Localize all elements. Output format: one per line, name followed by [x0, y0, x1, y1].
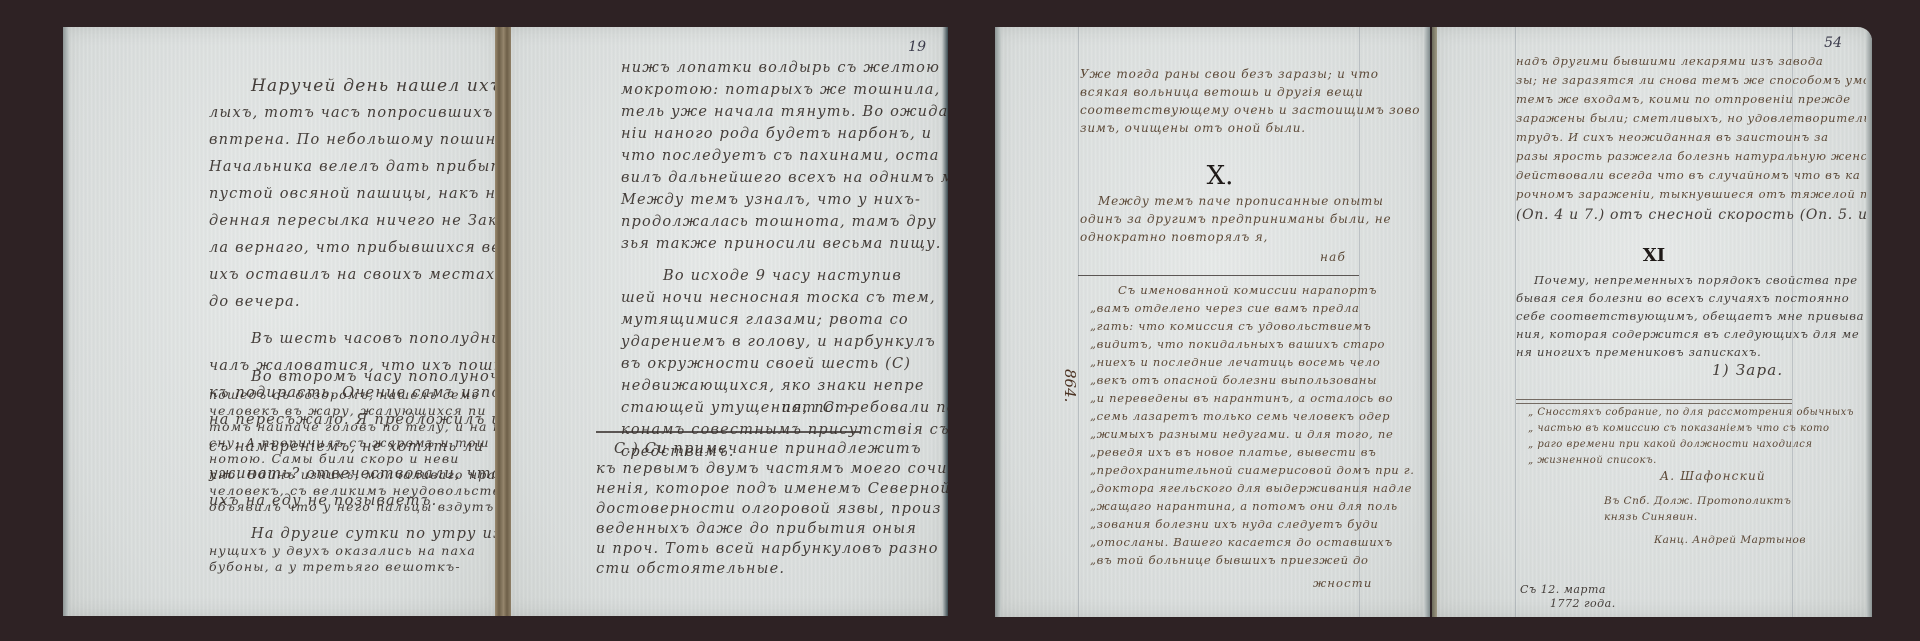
hw-line: ненія, которое подъ именемъ Северной: [596, 479, 948, 499]
hw-line: „реведя ихъ въ новое платье, вывести въ: [1090, 443, 1415, 461]
hw-line: заражены были; сметливыхъ, но удовлетвор…: [1516, 109, 1872, 128]
hw-line-references: (Оп. 4 и 7.) отъ снесной скорость (Оп. 5…: [1516, 204, 1872, 226]
hw-line: темъ же входамъ, коими по отпровеніи пре…: [1516, 90, 1872, 109]
page-edge: [1866, 27, 1872, 617]
hw-line: „семь лазаретъ только семь человекъ одер: [1090, 407, 1415, 425]
hw-line: „отосланы. Вашего касается до оставшихъ: [1090, 533, 1415, 551]
hw-line: ла вернаго, что прибывшихся вешош: [209, 235, 503, 262]
page-number: 54: [1824, 35, 1842, 51]
page-edge: [63, 27, 69, 616]
hw-line: сну; А пропичилъ съ жаромъ и тош: [209, 435, 503, 451]
hw-line: пно. Одинъ изнихъ, молчаливаго нрава: [209, 467, 503, 483]
catchword: наб: [1320, 249, 1346, 265]
hw-line: „доктора ягельского для выдерживания над…: [1090, 479, 1415, 497]
footnote-separator: [596, 431, 861, 433]
hw-line: ня иногихъ премениковъ запискахъ.: [1516, 343, 1864, 361]
hw-line: Во второмъ часу пополуночи: [209, 367, 503, 387]
hw-line: въ окружности своей шесть (C): [621, 353, 948, 375]
section-heading-x: X.: [1080, 161, 1360, 191]
hw-line: „гать: что комиссия съ удовольствиемъ: [1090, 317, 1415, 335]
hw-line: „вамъ отделено через сие вамъ предла: [1090, 299, 1415, 317]
hw-line: что последуетъ съ пахинами, оста: [621, 145, 948, 167]
hw-line: мокротою: потарыхъ же тошнила,: [621, 79, 948, 101]
hw-line: и проч. Тоть всей нарбункуловъ разно: [596, 539, 948, 559]
hw-line: себе соответствующимъ, обещаетъ мне прив…: [1516, 307, 1864, 325]
book-gutter: [1432, 27, 1437, 617]
hw-line: пошедъ съ дозоромъ, нашелъ семь: [209, 387, 503, 403]
hw-line: сти обстоятельные.: [596, 559, 948, 579]
hw-line: вилъ дальнейшего всехъ на однимъ местъ.: [621, 167, 948, 189]
signature: А. Шафонский: [1660, 463, 1766, 490]
hw-line: „видитъ, что покидальныхъ вашихъ старо: [1090, 335, 1415, 353]
handwritten-text-block: Уже тогда раны свои безъ заразы; и что в…: [1080, 65, 1420, 137]
page-edge: [995, 27, 1001, 617]
hw-line: 1772 года.: [1520, 597, 1616, 611]
hw-line: „и переведены въ нарантинъ, а осталось в…: [1090, 389, 1415, 407]
hw-line: Наручей день нашел ихъ ва: [209, 73, 503, 100]
catchword: 1) Зара.: [1712, 357, 1783, 384]
hw-line: „ частью въ комиссию съ показаніемъ что …: [1528, 421, 1854, 437]
hw-line: князь Синявин.: [1604, 509, 1791, 525]
hw-line: продолжалась тошнота, тамъ дру: [621, 211, 948, 233]
paragraph-1: Наручей день нашел ихъ ва лыхъ, тотъ час…: [209, 73, 503, 316]
page-number: 19: [908, 39, 926, 55]
hw-line: Почему, непременныхъ порядокъ свойства п…: [1516, 271, 1864, 289]
footnote-block: „ Сносстяхъ собрание, по для рассмотрени…: [1528, 405, 1854, 469]
hw-line: нижъ лопатки волдырь съ желтою: [621, 57, 948, 79]
quote-end-word: жности: [1313, 575, 1373, 591]
paragraph-3: Во второмъ часу пополуночи пошедъ съ доз…: [209, 367, 503, 515]
hw-line: ніи наного рода будетъ нарбонъ, и: [621, 123, 948, 145]
hw-line: Между темъ паче прописанные опыты: [1080, 192, 1391, 210]
hw-line: человекъ, съ великимъ неудовольствиемъ: [209, 483, 503, 499]
hw-line: объявилъ что у него пальцы вздутъ.: [209, 499, 503, 515]
hw-line: Между темъ узналъ, что у нихъ-: [621, 189, 948, 211]
hw-line: ударениемъ в голову, и нарбункулъ: [621, 331, 948, 353]
hw-line: С.) Си примечание принадлежитъ: [596, 439, 948, 459]
hw-line: пустой овсяной пашицы, накъ най: [209, 181, 503, 208]
hw-line: Во исходе 9 часу наступив: [621, 265, 948, 287]
footnote-block: С.) Си примечание принадлежитъ къ первым…: [596, 439, 948, 579]
paragraph-2: Во исходе 9 часу наступив шей ночи несно…: [621, 265, 948, 463]
handwritten-text-block: Почему, непременныхъ порядокъ свойства п…: [1516, 271, 1864, 361]
hw-line: „предохранительной сиамерисовой домъ при…: [1090, 461, 1415, 479]
hw-line: трудъ. И сихъ неожиданная въ заистоинъ з…: [1516, 128, 1872, 147]
handwritten-text-block: Между темъ паче прописанные опыты одинъ …: [1080, 192, 1391, 246]
hw-line: Начальника велелъ дать прибыть: [209, 154, 503, 181]
hw-line: бубоны, а у третьяго вешоткъ-: [209, 559, 503, 575]
hw-line: ихъ оставилъ на своихъ местахъ: [209, 262, 503, 289]
hw-line: Съ именованной комиссии нарапортъ: [1090, 281, 1415, 299]
hw-line: Съ 12. марта: [1520, 583, 1616, 597]
hw-line: соответствующему очень и застоищимъ зово: [1080, 101, 1420, 119]
hw-line: лыхъ, тотъ часъ попросившихъ За: [209, 100, 503, 127]
signature-3: Канц. Андрей Мартынов: [1654, 527, 1806, 554]
hw-line: веденныхъ даже до прибытия оныя: [596, 519, 948, 539]
hw-line: одинъ за другимъ предприниманы были, не: [1080, 210, 1391, 228]
hw-line: вптрена. По небольшому пошинну: [209, 127, 503, 154]
hw-line: „зования болезни ихъ нуда следуетъ буди: [1090, 515, 1415, 533]
spread1-right-page: 19 нижъ лопатки волдырь съ желтою мокрот…: [503, 27, 948, 616]
hw-line: Уже тогда раны свои безъ заразы; и что: [1080, 65, 1420, 83]
book-gutter: [503, 27, 511, 616]
hw-line: „ Сносстяхъ собрание, по для рассмотрени…: [1528, 405, 1854, 421]
section-heading-xi: XI: [1516, 245, 1792, 266]
hw-line: ния, которая содержится въ следующихъ дл…: [1516, 325, 1864, 343]
hw-line: всякая вольница ветошь и другія вещи: [1080, 83, 1420, 101]
hw-line: человекъ въ жару, жалующихся пи: [209, 403, 503, 419]
hw-line: однократно повторялъ я,: [1080, 228, 1391, 246]
hw-line: зья также приносили весьма пищу.: [621, 233, 948, 255]
page-edge: [1424, 27, 1430, 617]
hw-line: разы ярость разжегла болезнь натуральную…: [1516, 147, 1872, 166]
hw-line: къ первымъ двумъ частямъ моего сочи: [596, 459, 948, 479]
hw-line: „векъ отъ опасной болезни выпользованы: [1090, 371, 1415, 389]
spread2-right-page: 54 надъ другими бывшими лекарями изъ зав…: [1432, 27, 1872, 617]
catchword: пот С: -: [781, 395, 853, 422]
handwritten-text-block: надъ другими бывшими лекарями изъ завода…: [1516, 52, 1872, 226]
hw-line: шей ночи несносная тоска съ тем,: [621, 287, 948, 309]
hw-line: денная пересылка ничего не Заключа: [209, 208, 503, 235]
hw-line: нотою. Самы били скоро и неви: [209, 451, 503, 467]
hw-line: надъ другими бывшими лекарями изъ завода: [1516, 52, 1872, 71]
hw-line: недвижающихся, яко знаки непре: [621, 375, 948, 397]
hw-line: рочномъ зараженіи, тыкнувшиеся отъ тяжел…: [1516, 185, 1872, 204]
hw-line: зы; не заразятся ли снова темъ же способ…: [1516, 71, 1872, 90]
book-gutter: [495, 27, 503, 616]
hw-line: На другие сутки по утру изъ сто: [209, 525, 503, 543]
hw-line: мутящимися глазами; рвота со: [621, 309, 948, 331]
footnote-separator: [1516, 399, 1792, 404]
hw-line: „ раго времени при какой должности наход…: [1528, 437, 1854, 453]
hw-line: Въ шесть часовъ пополудни на: [209, 326, 503, 353]
hw-line: действовали всегда что въ случайномъ что…: [1516, 166, 1872, 185]
signature-block-2: Въ Спб. Долж. Протополиктъ князь Синявин…: [1604, 493, 1791, 525]
hw-line: до вечера.: [209, 289, 503, 316]
paragraph-1: нижъ лопатки волдырь съ желтою мокротою:…: [621, 57, 948, 255]
hw-line: конамъ совестнымъ присутствія съ: [621, 419, 948, 441]
paragraph-4: На другие сутки по утру изъ сто нущихъ у…: [209, 525, 503, 575]
hw-line: тель уже начала тянуть. Во ожида: [621, 101, 948, 123]
hw-line: „въ той больнице бывшихъ приезжей до: [1090, 551, 1415, 569]
hw-line: зимъ, очищены отъ оной были.: [1080, 119, 1420, 137]
hw-line: достоверности олгоровой язвы, произ: [596, 499, 948, 519]
handwritten-text-block-lower: Во второмъ часу пополуночи пошедъ съ доз…: [209, 367, 503, 575]
hw-line: Въ Спб. Долж. Протополиктъ: [1604, 493, 1791, 509]
section-separator: [1078, 275, 1359, 276]
spread1-left-page: Наручей день нашел ихъ ва лыхъ, тотъ час…: [63, 27, 503, 616]
hw-line: „жащаго нарантина, а потомъ они для поль: [1090, 497, 1415, 515]
spread2-left-page: 864. Уже тогда раны свои безъ заразы; и …: [995, 27, 1430, 617]
margin-rule-left: [1078, 27, 1079, 617]
hw-line: бывая сея болезни во всехъ случаяхъ пост…: [1516, 289, 1864, 307]
date-note: Съ 12. марта 1772 года.: [1520, 583, 1616, 611]
margin-folio-note: 864.: [1061, 369, 1079, 402]
hw-line: нущихъ у двухъ оказались на паха: [209, 543, 503, 559]
hw-line: „жимыхъ разными недугами. и для того, пе: [1090, 425, 1415, 443]
hw-line: томъ наипаче головъ по телу, и на по: [209, 419, 503, 435]
hw-line: „ниехъ и последние лечатиць восемь чело: [1090, 353, 1415, 371]
quoted-report-block: Съ именованной комиссии нарапортъ „вамъ …: [1090, 281, 1415, 569]
